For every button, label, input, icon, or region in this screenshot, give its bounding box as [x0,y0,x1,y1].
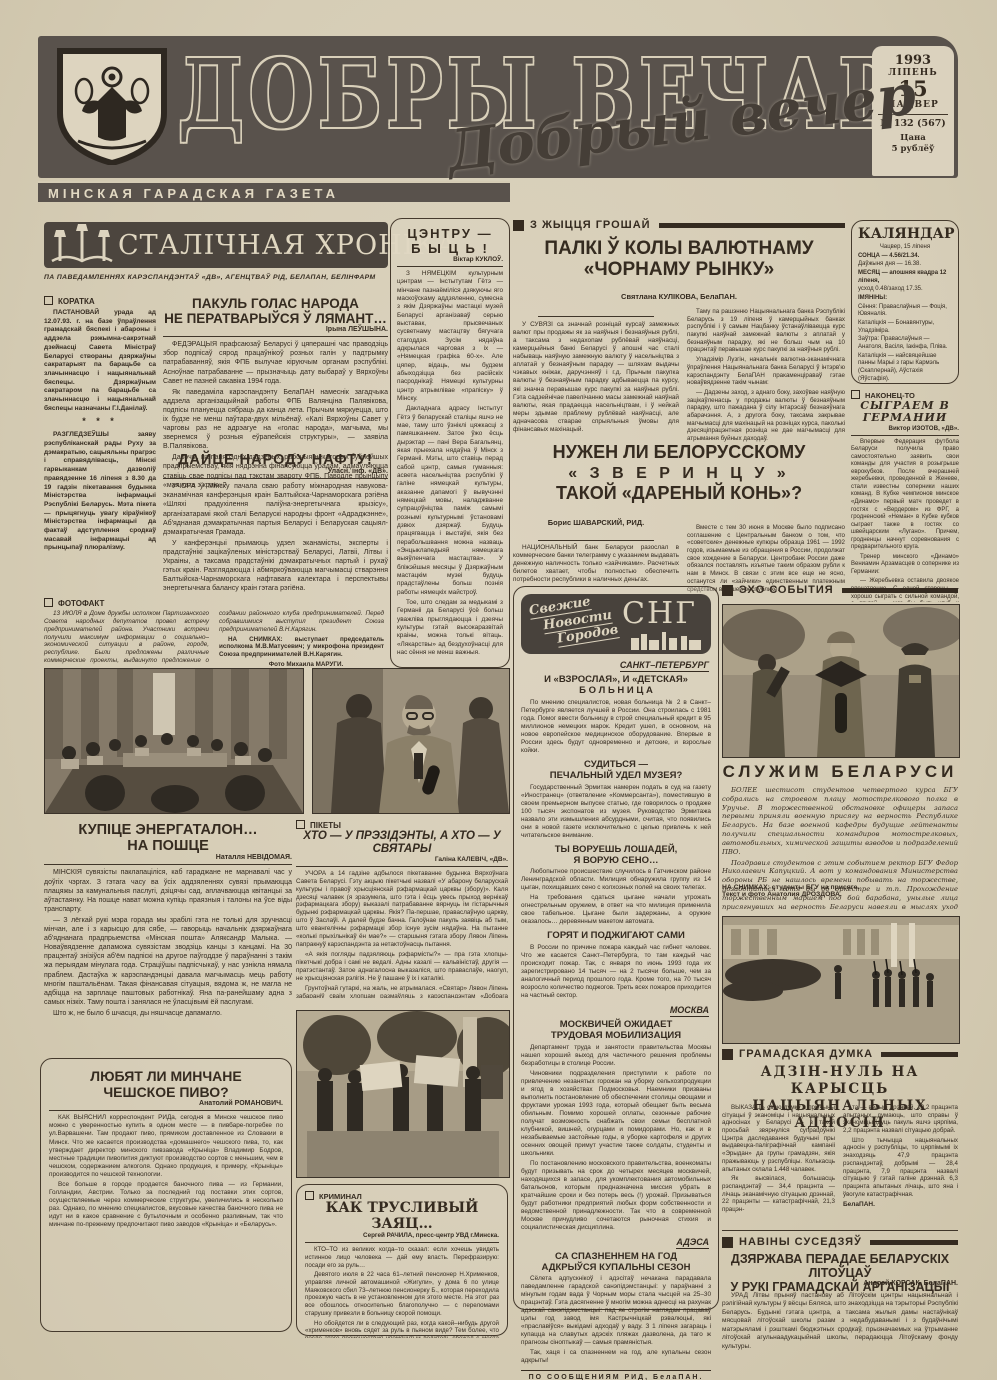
article-zverinec-title: НУЖЕН ЛИ БЕЛОРУССКОМУ « З В Е Р И Н Ц У … [513,442,845,504]
article-neighbors-body: УРАД Літвы прыняў пастанову аб Літоўскім… [722,1292,958,1374]
koratka-paragraph: ПАСТАНОВАЙ урада ад 12.07.93. г. на базе… [44,309,156,413]
article-palki-title: ПАЛКІ Ў КОЛЫ ВАЛЮТНАМУ «ЧОРНАМУ РЫНКУ» [513,238,845,281]
photo-speaker-with-microphone [312,668,510,814]
section-label: ЭХО СОБЫТИЯ [739,584,834,596]
article-title: « З В Е Р И Н Ц У » [513,464,845,483]
sng-paragraph: Государственный Эрмитаж намерен подать в… [521,784,711,840]
article-paragraph: Тренер минского «Динамо» Вениамин Арзама… [851,554,959,577]
sng-paragraph: Сёлета адпускнікоў і адэсітаў нечакана п… [521,1275,711,1347]
article-paragraph: та — вельмі дрэннай, 19,2 працэнта апыта… [843,1104,958,1135]
article-opinion-col2: та — вельмі дрэннай, 19,2 працэнта апыта… [843,1104,958,1226]
article-title: КУПІЦЕ ЭНЕРГАТАЛОН… [44,822,292,838]
article-paragraph: Тое, што следам за медыкамі з Германіі д… [397,599,503,657]
article-paragraph: — З лёгкай рукі мэра горада мы зрабілі г… [44,916,292,1007]
section-header-money: З ЖЫЦЦЯ ГРОШАЙ [513,219,845,231]
article-byline: Сергей РАЧИЛА, пресс-центр УВД г.Минска. [305,1232,499,1239]
article-palki-col2: Таму па рашэнню Нацыянальнага банка Рэсп… [687,308,845,442]
sng-news-box: Свежие Новости Городов СНГ САНКТ–ПЕТЕРБУ… [513,586,719,1310]
article-paragraph: Што тычыцца нацыянальных адносін у рэспу… [843,1137,958,1199]
article-paragraph: Но обойдется ли в следующий раз, когда к… [305,1320,499,1339]
section-rule [881,1052,958,1057]
article-byline: Наталля НЕВІДОМАЯ. [44,854,292,861]
article-paragraph: УЧОРА а 14 гадзіне адбылося пікетаванне … [296,870,508,949]
article-byline: Віктар КУКЛОЎ. [397,256,503,263]
calendar-line: Заўтра: Праваслаўныя — Анатоля, Васіля, … [858,336,952,351]
calendar-box: КАЛЯНДАР Чацвер, 15 ліпеня СОНЦА — 4.56/… [851,220,959,384]
city-label: САНКТ–ПЕТЕРБУРГ [620,660,709,672]
city-label: МОСКВА [670,1005,709,1017]
article-kriminal: КРИМИНАЛ КАК ТРУСЛИВЫЙ ЗАЯЦ… Сергей РАЧИ… [296,1184,508,1336]
article-czech-beer: ЛЮБЯТ ЛИ МИНЧАНЕ ЧЕШСКОЕ ПИВО? Анатолий … [40,1058,292,1332]
photo-captions: НА СНИМКАХ: студенты БГУ на присяге. Тек… [722,884,958,898]
section-square-icon [513,220,524,231]
checkbox-square-icon [305,1191,314,1200]
sng-title: СНГ [622,596,697,631]
article-paragraph: «А якія погляды падзяляюць рэфармісты?» … [296,951,508,983]
newspaper-page: ДОБРЫ ВЕЧАР Добрый вечер 1993 ЛІПЕНЬ 15 … [0,0,997,1380]
article-paragraph: У СУВЯЗІ са значнай розніцай курсаў заме… [513,321,679,434]
article-byline: Борис ШАВАРСКИЙ, РИД. [513,518,679,527]
city-skyline-icon [629,630,703,650]
article-title: НУЖЕН ЛИ БЕЛОРУССКОМУ [513,442,845,464]
article-paragraph: Впервые Федерация футбола Беларуси получ… [851,439,959,552]
calendar-line: Каталіцкія — Бонавянтуры, Уладзіміра. [858,320,952,335]
article-paragraph: Дакладнага адрасу Інстытут Гётэ ў белару… [397,405,503,597]
sng-article-title: АДКРЫЎСЯ КУПАЛЬНЫ СЕЗОН [521,1262,711,1273]
article-title: КАК ТРУСЛИВЫЙ ЗАЯЦ… [305,1201,499,1232]
sng-paragraph: По постановлению московского правительст… [521,1160,711,1232]
calendar-line: СОНЦА — 4.56/21.34. [858,253,952,261]
article-paragraph: Уладзімір Лузгін, начальнік валютна-экан… [687,356,845,387]
article-paragraph: ФЕДЭРАЦЫЯ прафсаюзаў Беларусі ў цяперашн… [163,340,388,385]
article-palki-col1: У СУВЯЗІ са значнай розніцай курсаў заме… [513,316,679,442]
article-title: ДАЙЦЕ НАРОДУ НАФТУ! [163,452,388,468]
photo-picket-with-placards [296,1010,510,1178]
article-paragraph: Як паведаміла карэспандэнту БелаПАН наме… [163,388,388,452]
article-pakul-holas: ПАКУЛЬ ГОЛАС НАРОДА НЕ ПЕРАТВАРЫЎСЯ Ў ЛЯ… [163,296,388,450]
section-label: ГРАМАДСКАЯ ДУМКА [739,1048,873,1060]
section-header-opinion: ГРАМАДСКАЯ ДУМКА [722,1048,958,1060]
article-byline: Виктор ИЗОТОВ, «ДВ». [851,425,959,432]
section-rule [842,588,958,593]
article-title: ПАЛКІ Ў КОЛЫ ВАЛЮТНАМУ [513,238,845,259]
article-kupice-energatalon: КУПІЦЕ ЭНЕРГАТАЛОН… НА ПОШЦЕ Наталля НЕВ… [44,822,292,1056]
article-byline: Анатолий РОМАНОВИЧ. [49,1100,283,1107]
sng-paragraph: В России по причине пожара каждый час ги… [521,944,711,1000]
article-pikety: ПІКЕТЫ ХТО — У ПРЭЗІДЭНТЫ, А ХТО — У СВЯ… [296,820,508,1008]
section-rule [870,1240,958,1245]
article-byline: Уласн. інф. «ДВ». [163,468,388,475]
article-paragraph: Все больше в городе продается баночного … [49,1181,283,1229]
photo-caption: НА СНИМКАХ: студенты БГУ на присяге. [722,884,958,891]
article-paragraph: КАК ВЫЯСНИЛ корреспондент РИДа, сегодня … [49,1114,283,1179]
sng-article-title: И «ВЗРОСЛАЯ», И «ДЕТСКАЯ» [521,674,711,685]
article-paragraph: З НЯМЕЦКІМ культурным цэнтрам — Інстытут… [397,270,503,403]
section-divider [722,1230,958,1231]
calendar-line: МЕСЯЦ — апошняя квадра 12 ліпеня, [858,270,952,285]
article-title: НА ПОШЦЕ [44,838,292,854]
sng-paragraph: По мнению специалистов, новая больница №… [521,699,711,755]
koratka-label: КОРАТКА [58,297,95,306]
article-paragraph: Як высвілася, большасць рэспандэнтаў — 3… [722,1175,835,1213]
photo-credit: Текст и фото Анатолия ДРОЗДОВА. [722,891,958,898]
article-byline: Святлана КУЛІКОВА, БелаПАН. [513,292,845,301]
calendar-line: Чацвер, 15 ліпеня [858,244,952,252]
section-label: З ЖЫЦЦЯ ГРОШАЙ [530,219,651,231]
sng-badge: Свежие Новости Городов СНГ [521,594,711,654]
price-value: 5 рублёў [872,144,954,155]
sng-article-title: ПЕЧАЛЬНЫЙ УДЕЛ МУЗЕЯ? [521,770,711,781]
article-paragraph: МІНСКІЯ сувязісты паклапаціліся, каб гар… [44,868,292,913]
article-paragraph: УЧОРА ў Мінску пачала сваю работу міжнар… [163,482,388,537]
article-paragraph: УРАД Літвы прыняў пастанову аб Літоўскім… [722,1292,958,1351]
article-neighbors-title: ДЗЯРЖАВА ПЕРАДАЕ БЕЛАРУСКІХ ЛІТОЎЦАЎ У Р… [722,1252,958,1294]
calendar-line: Каталіцкія — найсвяцейшае панны Марыі з … [858,353,952,384]
photo-note: НА СНИМКАХ: выступает председатель испол… [219,636,384,660]
newspaper-tagline: МІНСКАЯ ГАРАДСКАЯ ГАЗЕТА [38,181,510,202]
photo-business-meeting [44,668,304,814]
stars-divider: * * * [44,416,156,428]
article-opinion-col1: ВЫКАЗАЦЬ сваю думку з прычыны сітуацыі ў… [722,1104,835,1226]
article-dajce-naftu: ДАЙЦЕ НАРОДУ НАФТУ! Уласн. інф. «ДВ». УЧ… [163,452,388,596]
chronicle-source-line: ПА ПАВЕДАМЛЕННЯХ КАРЭСПАНДЭНТАЎ «ДВ», АГ… [44,274,388,281]
sng-article-title: МОСКВИЧЕЙ ОЖИДАЕТ [521,1019,711,1030]
article-title: ЦЭНТРУ — [397,227,503,242]
article-byline: Андрэй КОРСАК, БелаПАН. [722,1280,958,1287]
article-signature: БелаПАН. [843,1201,958,1209]
article-football-germany: НАКОНЕЦ-ТО СЫГРАЕМ В ГЕРМАНИИ Виктор ИЗО… [851,390,959,602]
article-paragraph: Грунтоўнай гутаркі, на жаль, не атрымала… [296,985,508,998]
article-paragraph: Девятого июля в 22 часа 61–летний пенсио… [305,1271,499,1317]
price-label: Цана [872,133,954,144]
photo-parade-ground [722,916,960,1044]
article-fotofakt: ФОТОФАКТ 13 ИЮЛЯ в Доме дружбы исполком … [44,598,384,666]
koratka-paragraph: РАЗГЛЕДЗЕЎШЫ заяву рэспубліканскай рады … [44,431,156,553]
chronicle-section-header: СТАЛІЧНАЯ ХРОНІКА [44,222,388,268]
section-square-icon [722,1237,733,1248]
article-byline: Ірына ЛЕЎШЫНА. [163,326,388,333]
calendar-line: усход 0.48/заход 17.35. [858,286,952,294]
article-paragraph: У канферэнцыі прымаюць удзел эканамісты,… [163,539,388,594]
calendar-title: КАЛЯНДАР [858,226,952,242]
sng-article-title: ТРУДОВАЯ МОБИЛИЗАЦИЯ [521,1030,711,1041]
section-square-icon [722,1049,733,1060]
calendar-line: Даўжыня дня — 16.38. [858,261,952,269]
article-title: «ЧОРНАМУ РЫНКУ» [513,259,845,280]
photo-military-oath [722,604,960,758]
section-label: НАВІНЫ СУСЕДЗЯЎ [739,1236,862,1248]
section-rule [659,223,845,228]
sng-paragraph: Любопытное происшествие случилось в Гатч… [521,868,711,892]
article-title: АДЗІН-НУЛЬ НА КАРЫСЦЬ [722,1064,958,1098]
fotofakt-label: ФОТОФАКТ [58,599,104,608]
article-title: СЛУЖИМ БЕЛАРУСИ [722,762,958,781]
sng-article-title: ТЫ ВОРУЕШЬ ЛОШАДЕЙ, [521,844,711,855]
article-paragraph: БОЛЕЕ шестисот студентов четвертого курс… [722,786,958,857]
article-title: ЛЮБЯТ ЛИ МИНЧАНЕ [49,1069,283,1085]
sng-paragraph: Департамент труда и занятости правительс… [521,1044,711,1068]
checkbox-square-icon [44,296,53,305]
article-title: ЧЕШСКОЕ ПИВО? [49,1085,283,1101]
city-label: АДЭСА [676,1237,709,1249]
checkbox-square-icon [851,390,860,399]
sng-footer: ПО СООБЩЕНИЯМ РИД, БелаПАН. [521,1370,711,1380]
article-paragraph: Што ж, не было б шчасця, ды няшчасце дап… [44,1009,292,1018]
sng-article-title: СА СПАЗНЕННЕМ НА ГОД [521,1251,711,1262]
street-lamps-icon [50,223,114,268]
article-paragraph: — Дадзены заход, з аднаго боку, захоўвае… [687,389,845,442]
article-title: ХТО — У ПРЭЗІДЭНТЫ, А ХТО — У СВЯТАРЫ [296,830,508,856]
calendar-line: ІМЯНІНЫ: [858,295,952,303]
pikety-label: ПІКЕТЫ [310,821,341,830]
sng-article-title: Я ВОРУЮ СЕНО… [521,855,711,866]
section-header-echo: ЭХО СОБЫТИЯ [722,584,958,596]
sng-article-title: СУДИТЬСЯ — [521,759,711,770]
sng-paragraph: Чиновники подразделения приступили к раб… [521,1070,711,1158]
article-paragraph: НАЦИОНАЛЬНЫЙ банк Беларуси разослал в ко… [513,544,679,584]
article-koratka: КОРАТКА ПАСТАНОВАЙ урада ад 12.07.93. г.… [44,296,156,594]
checkbox-square-icon [296,820,305,829]
section-header-neighbors: НАВІНЫ СУСЕДЗЯЎ [722,1236,958,1248]
article-title: НЕ ПЕРАТВАРЫЎСЯ Ў ЛЯМАНТ… [163,311,388,326]
article-title: ГЕРМАНИИ [851,412,959,424]
section-square-icon [722,585,733,596]
article-paragraph: ВЫКАЗАЦЬ сваю думку з прычыны сітуацыі ў… [722,1104,835,1173]
calendar-line: Сёння: Праваслаўныя — Фоція, Ювяналія. [858,304,952,319]
article-title: Б Ы Ц Ь ! [397,242,503,257]
sng-article-title: ГОРЯТ И ПОДЖИГАЮТ САМИ [521,930,711,941]
article-paragraph: КТО–ТО из великих когда–то сказал: если … [305,1246,499,1269]
article-title: ПАКУЛЬ ГОЛАС НАРОДА [163,296,388,311]
article-centru-byc: ЦЭНТРУ — Б Ы Ц Ь ! Віктар КУКЛОЎ. З НЯМЕ… [390,218,510,668]
article-title: ТАКОЙ «ДАРЕНЫЙ КОНЬ»? [513,483,845,505]
checkbox-square-icon [44,598,53,607]
article-title: ДЗЯРЖАВА ПЕРАДАЕ БЕЛАРУСКІХ ЛІТОЎЦАЎ [722,1252,958,1280]
article-paragraph: Таму па рашэнню Нацыянальнага банка Рэсп… [687,308,845,354]
article-byline: Галіна КАЛЕВІЧ, «ДВ». [296,856,508,863]
article-paragraph: Вместе с тем 30 июня в Москве было подпи… [687,524,845,593]
sng-article-title: Б О Л Ь Н И Ц А [521,685,711,696]
sng-paragraph: Так, хаця і са спазненнем на год, але ку… [521,1349,711,1365]
minsk-coat-of-arms-icon [54,47,170,165]
sng-paragraph: На требования сдаться цыгане начали угро… [521,894,711,926]
